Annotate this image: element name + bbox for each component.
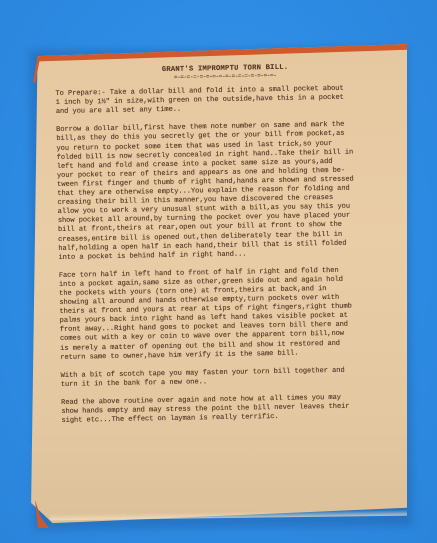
paragraph-scotch-tape: With a bit of scotch tape you may fasten…: [61, 366, 391, 390]
paragraph-read-routine: Read the above routine over again and no…: [61, 393, 391, 426]
paragraph-face-torn-half: Face torn half in left hand to front of …: [59, 266, 391, 363]
paragraph-prepare: To Prepare:- Take a dollar bill and fold…: [55, 84, 385, 117]
typewritten-text: GRANT'S IMPROMPTU TORN BILL. =-=-=-=-=-=…: [55, 62, 392, 435]
paragraph-borrow: Borrow a dollar bill,first have them not…: [56, 120, 388, 262]
title-underline: =-=-=-=-=-=-=-=-=-=-=-=-=-=-=-=-: [65, 71, 385, 82]
